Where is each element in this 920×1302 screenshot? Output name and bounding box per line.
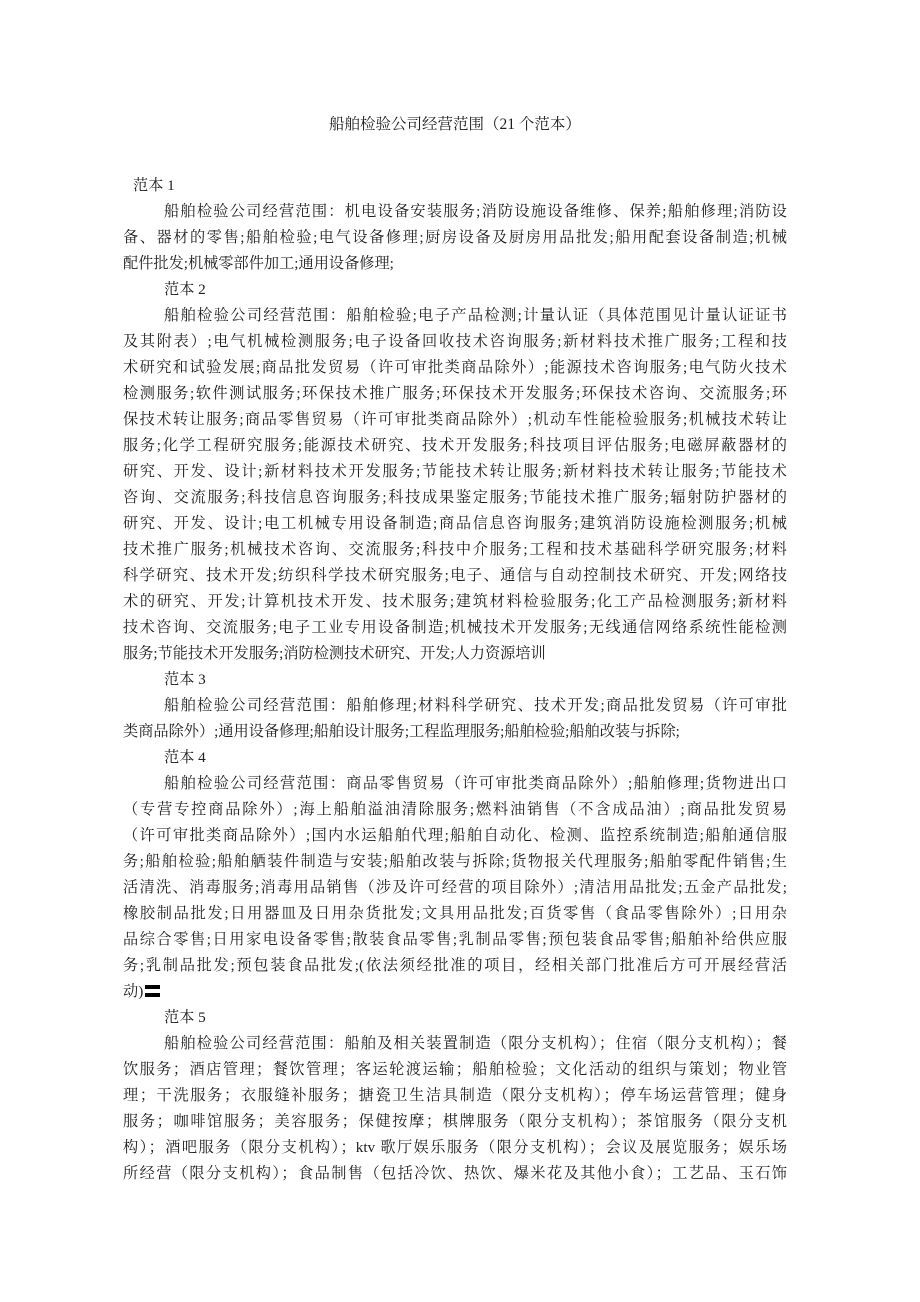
- text-line: 术研究和试验发展;商品批发贸易（许可审批类商品除外）;能源技术咨询服务;电气防火…: [123, 355, 787, 381]
- section-heading: 范本 2: [123, 277, 787, 303]
- text-line: 科学研究、技术开发;纺织科学技术研究服务;电子、通信与自动控制技术研究、开发;网…: [123, 563, 787, 589]
- text-line: 服务；咖啡馆服务；美容服务；保健按摩；棋牌服务（限分支机构）；茶馆服务（限分支机: [123, 1109, 787, 1135]
- section-heading: 范本 1: [123, 173, 787, 199]
- geta-mark-icon: [145, 985, 160, 997]
- text-line: 咨询、交流服务;科技信息咨询服务;科技成果鉴定服务;节能技术推广服务;辐射防护器…: [123, 485, 787, 511]
- text-line: 船舶检验公司经营范围：商品零售贸易（许可审批类商品除外）;船舶修理;货物进出口: [123, 771, 787, 797]
- text-line: 船舶检验公司经营范围：机电设备安装服务;消防设施设备维修、保养;船舶修理;消防设: [123, 199, 787, 225]
- text-line: 品综合零售;日用家电设备零售;散装食品零售;乳制品零售;预包装食品零售;船舶补给…: [123, 927, 787, 953]
- text-line: 构）；酒吧服务（限分支机构）；ktv 歌厅娱乐服务（限分支机构）；会议及展览服务…: [123, 1135, 787, 1161]
- text-line: 服务;化学工程研究服务;能源技术研究、技术开发服务;科技项目评估服务;电磁屏蔽器…: [123, 433, 787, 459]
- text-line: 橡胶制品批发;日用器皿及日用杂货批发;文具用品批发;百货零售（食品零售除外）;日…: [123, 901, 787, 927]
- text-line: 类商品除外）;通用设备修理;船舶设计服务;工程监理服务;船舶检验;船舶改装与拆除…: [123, 719, 787, 745]
- text-line: 船舶检验公司经营范围：船舶及相关装置制造（限分支机构）；住宿（限分支机构）；餐: [123, 1031, 787, 1057]
- text-line: （专营专控商品除外）;海上船舶溢油清除服务;燃料油销售（不含成品油）;商品批发贸…: [123, 797, 787, 823]
- text-line: 术的研究、开发;计算机技术开发、技术服务;建筑材料检验服务;化工产品检测服务;新…: [123, 589, 787, 615]
- text-line: 检测服务;软件测试服务;环保技术推广服务;环保技术开发服务;环保技术咨询、交流服…: [123, 381, 787, 407]
- document-page: 船舶检验公司经营范围（21 个范本） 范本 1 船舶检验公司经营范围：机电设备安…: [0, 0, 920, 1302]
- section-heading: 范本 4: [123, 745, 787, 771]
- text-line: 及其附表）;电气机械检测服务;电子设备回收技术咨询服务;新材料技术推广服务;工程…: [123, 329, 787, 355]
- section-heading: 范本 5: [123, 1005, 787, 1031]
- text-line: 所经营（限分支机构）；食品制售（包括冷饮、热饮、爆米花及其他小食）；工艺品、玉石…: [123, 1161, 787, 1187]
- text-line: 务;乳制品批发;预包装食品批发;(依法须经批准的项目，经相关部门批准后方可开展经…: [123, 953, 787, 979]
- text-line: 配件批发;机械零部件加工;通用设备修理;: [123, 251, 787, 277]
- text-line: 技术推广服务;机械技术咨询、交流服务;科技中介服务;工程和技术基础科学研究服务;…: [123, 537, 787, 563]
- text-line: （许可审批类商品除外）;国内水运船舶代理;船舶自动化、检测、监控系统制造;船舶通…: [123, 823, 787, 849]
- text-line: 动): [123, 979, 787, 1005]
- text-fragment: 动): [123, 983, 143, 1000]
- text-line: 服务;节能技术开发服务;消防检测技术研究、开发;人力资源培训: [123, 641, 787, 667]
- text-line: 研究、开发、设计;新材料技术开发服务;节能技术转让服务;新材料技术转让服务;节能…: [123, 459, 787, 485]
- text-line: 务;船舶检验;船舶舾装件制造与安装;船舶改装与拆除;货物报关代理服务;船舶零配件…: [123, 849, 787, 875]
- text-line: 技术咨询、交流服务;电子工业专用设备制造;机械技术开发服务;无线通信网络系统性能…: [123, 615, 787, 641]
- text-line: 保技术转让服务;商品零售贸易（许可审批类商品除外）;机动车性能检验服务;机械技术…: [123, 407, 787, 433]
- text-line: 活清洗、消毒服务;消毒用品销售（涉及许可经营的项目除外）;清洁用品批发;五金产品…: [123, 875, 787, 901]
- text-line: 饮服务；酒店管理；餐饮管理；客运轮渡运输；船舶检验；文化活动的组织与策划；物业管: [123, 1057, 787, 1083]
- text-line: 备、器材的零售;船舶检验;电气设备修理;厨房设备及厨房用品批发;船用配套设备制造…: [123, 225, 787, 251]
- text-line: 船舶检验公司经营范围：船舶修理;材料科学研究、技术开发;商品批发贸易（许可审批: [123, 693, 787, 719]
- document-title: 船舶检验公司经营范围（21 个范本）: [123, 112, 787, 138]
- text-line: 研究、开发、设计;电工机械专用设备制造;商品信息咨询服务;建筑消防设施检测服务;…: [123, 511, 787, 537]
- text-line: 船舶检验公司经营范围：船舶检验;电子产品检测;计量认证（具体范围见计量认证证书: [123, 303, 787, 329]
- section-heading: 范本 3: [123, 667, 787, 693]
- text-line: 理；干洗服务；衣服缝补服务；搪瓷卫生洁具制造（限分支机构）；停车场运营管理；健身: [123, 1083, 787, 1109]
- document-body: 范本 1 船舶检验公司经营范围：机电设备安装服务;消防设施设备维修、保养;船舶修…: [123, 173, 787, 1187]
